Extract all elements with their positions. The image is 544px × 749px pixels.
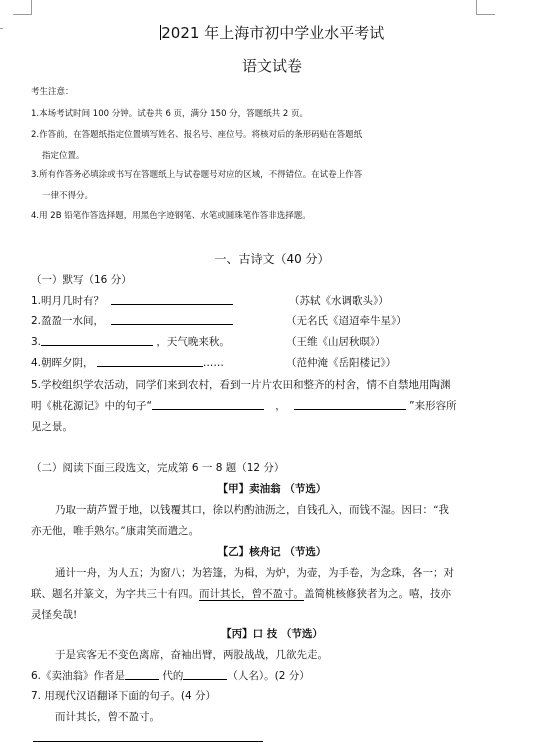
page-corner-mark-top-left xyxy=(13,0,32,15)
notice-item-4: 4.用 2B 铅笔作答选择题，用黑色字迹钢笔、水笔或圆珠笔作答非选择题。 xyxy=(31,209,311,221)
page-corner-mark-top-right xyxy=(476,0,495,15)
underlined-sentence: 而计其长，曾不盈寸。 xyxy=(199,588,304,601)
part1-heading: （一）默写（16 分） xyxy=(31,272,132,287)
question-6: 6.《卖油翁》作者是 代的（人名）。(2 分） xyxy=(31,668,310,683)
passage-a-line-1: 乃取一葫芦置于地，以钱覆其口，徐以杓酌油沥之，自钱孔入，而钱不湿。因曰：“我 xyxy=(55,502,449,517)
passage-a-heading: 【甲】卖油翁 （节选） xyxy=(0,481,544,496)
passage-b-line-3: 灵怪矣哉! xyxy=(31,607,77,622)
notice-item-2-cont: 指定位置。 xyxy=(42,149,85,161)
passage-b-line-1: 通计一舟，为人五；为窗八；为箬篷，为楫，为炉，为壶，为手卷，为念珠，各一；对 xyxy=(55,565,454,580)
answer-line-7[interactable] xyxy=(33,741,263,742)
notice-item-3-cont: 一律不得分。 xyxy=(42,189,93,201)
question-5-line-3: 见之景。 xyxy=(31,419,73,434)
part2-heading: （二）阅读下面三段选文，完成第 6 一 8 题（12 分） xyxy=(31,460,284,475)
question-4: 4.朝晖夕阴， …… xyxy=(31,355,224,370)
question-2-source: （无名氏《迢迢牵牛星》） xyxy=(286,313,407,328)
question-3-source: （王维《山居秋暝》） xyxy=(286,334,386,349)
answer-blank-2[interactable] xyxy=(111,313,233,325)
notice-item-2: 2.作答前，在答题纸指定位置填写姓名、报名号、座位号。将核对后的条形码贴在答题纸 xyxy=(31,128,362,140)
notice-item-1: 1.本场考试时间 100 分钟。试卷共 6 页，满分 150 分，答题纸共 2 … xyxy=(31,107,308,119)
exam-title[interactable]: 2021 年上海市初中学业水平考试 xyxy=(0,22,544,43)
question-1-source: （苏轼《水调歌头》） xyxy=(289,293,389,308)
notice-heading: 考生注意： xyxy=(31,85,74,97)
answer-blank-6b[interactable] xyxy=(183,668,227,680)
exam-subtitle: 语文试卷 xyxy=(0,55,544,76)
passage-c-heading: 【丙】口 技 （节选） xyxy=(0,626,544,641)
passage-a-line-2: 亦无他，唯手熟尔。”康肃笑而遣之。 xyxy=(31,523,199,538)
answer-blank-5b[interactable] xyxy=(294,398,406,410)
question-2: 2.盈盈一水间， xyxy=(31,313,233,328)
passage-b-line-2: 联、题名并篆文，为字共三十有四。而计其长，曾不盈寸。盖简桃核修狭者为之。嘻，技亦 xyxy=(31,586,451,601)
answer-blank-1[interactable] xyxy=(111,293,233,305)
question-4-source: （范仲淹《岳阳楼记》） xyxy=(286,355,396,370)
notice-item-3: 3.所有作答务必填涂或书写在答题纸上与试卷题号对应的区域，不得错位。在试卷上作答 xyxy=(31,168,362,180)
answer-blank-4[interactable] xyxy=(97,355,203,367)
question-5-line-2: 明《桃花源记》中的句子“ ， ”来形容所 xyxy=(31,398,457,413)
question-7: 7. 用现代汉语翻译下面的句子。(4 分） xyxy=(31,688,216,703)
section-heading: 一、古诗文（40 分） xyxy=(0,250,544,267)
question-7-sentence: 而计其长，曾不盈寸。 xyxy=(55,709,160,724)
answer-blank-3[interactable] xyxy=(41,334,153,346)
answer-blank-6a[interactable] xyxy=(125,668,159,680)
answer-blank-5a[interactable] xyxy=(152,398,264,410)
question-1: 1.明月几时有？ xyxy=(31,293,233,308)
question-5-line-1: 5.学校组织学农活动，同学们来到农村，看到一片片农田和整齐的村舍，情不自禁地用陶… xyxy=(31,377,451,392)
passage-b-heading: 【乙】核舟记 （节选） xyxy=(0,544,544,559)
question-3: 3. ，天气晚来秋。 xyxy=(31,334,230,349)
passage-c-line-1: 于是宾客无不变色离席，奋袖出臂，两股战战，几欲先走。 xyxy=(55,647,328,662)
